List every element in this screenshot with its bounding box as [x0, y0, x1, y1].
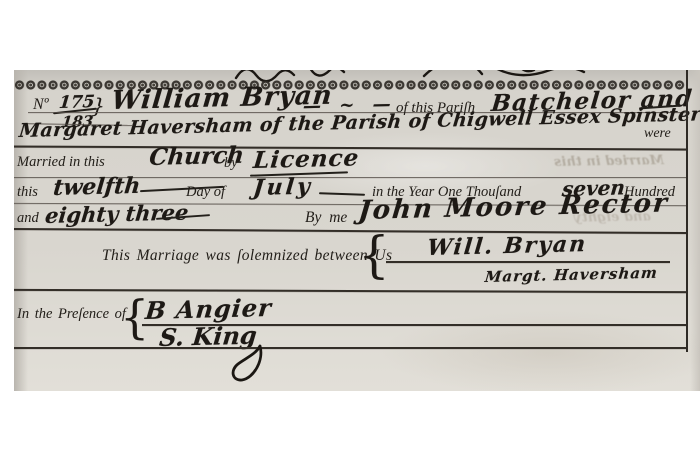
rule-under-witnesses [14, 347, 686, 349]
entry-number-brace: } [91, 94, 106, 118]
rule-under-signatures [14, 289, 686, 293]
bleedthrough-text: Married in this [554, 153, 664, 170]
bride-signature: Margt. Haversham [484, 264, 659, 286]
month-word: July [252, 173, 314, 201]
printed-by: by [224, 155, 238, 172]
printed-this: this [17, 184, 38, 201]
printed-day-of: Day of [186, 184, 225, 201]
printed-by-me: By me [305, 209, 347, 227]
solemnized-brace: { [358, 230, 390, 280]
screenshot-canvas: Nº 175 183 } William Bryan — ~ — of this… [0, 0, 700, 467]
printed-in-the-presence-of: In the Preſence of [17, 306, 126, 323]
register-page-scan: Nº 175 183 } William Bryan — ~ — of this… [14, 70, 700, 391]
printed-solemnized: This Marriage was ſolemnized between Us [102, 247, 392, 265]
printed-married-in-this: Married in this [17, 154, 105, 171]
printed-were: were [644, 126, 671, 142]
groom-name: William Bryan [110, 81, 334, 116]
dash-after-month [319, 192, 365, 196]
year-words: eighty three [44, 199, 190, 228]
licence-word: Licence [252, 144, 361, 174]
groom-signature: Will. Bryan [426, 231, 588, 261]
printed-and: and [17, 210, 39, 227]
witness2-descender-flourish [214, 346, 274, 386]
margin-column-rule [686, 70, 688, 352]
groom-signature-line [386, 261, 670, 263]
day-word: twelfth [52, 173, 142, 201]
